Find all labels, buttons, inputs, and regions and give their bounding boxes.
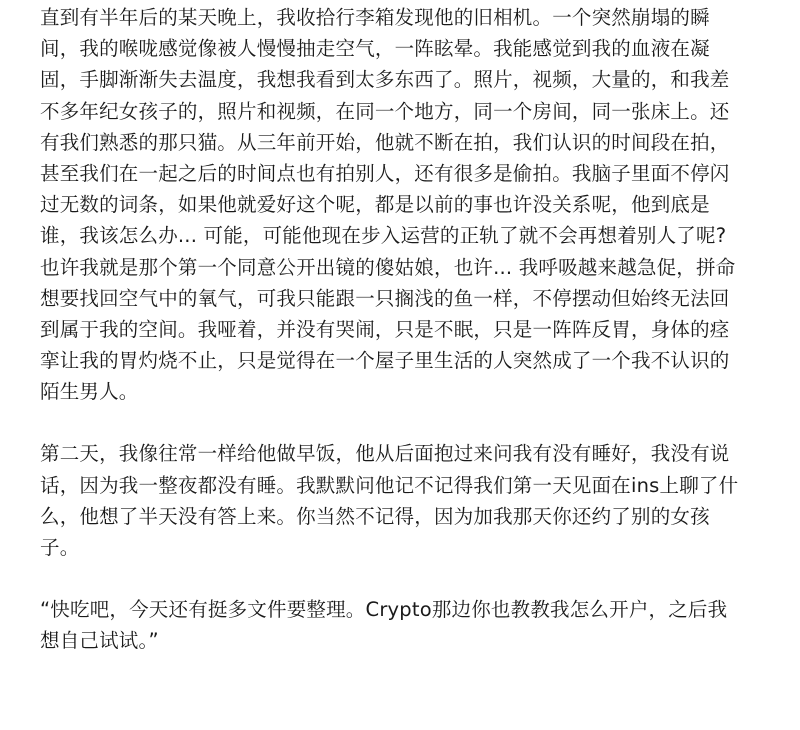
text-line: 挛让我的胃灼烧不止，只是觉得在一个屋子里生活的人突然成了一个我不认识的	[40, 345, 768, 376]
text-line: 么，他想了半天没有答上来。你当然不记得，因为加我那天你还约了别的女孩	[40, 501, 768, 532]
paragraph-3: “快吃吧，今天还有挺多文件要整理。Crypto那边你也教教我怎么开户，之后我 想…	[40, 594, 768, 656]
text-line: 陌生男人。	[40, 376, 768, 407]
text-line: 第二天，我像往常一样给他做早饭，他从后面抱过来问我有没有睡好，我没有说	[40, 438, 768, 469]
paragraph-1: 直到有半年后的某天晚上，我收拾行李箱发现他的旧相机。一个突然崩塌的瞬 间，我的喉…	[40, 0, 768, 407]
paragraph-spacer	[40, 407, 768, 438]
text-line: 到属于我的空间。我哑着，并没有哭闹，只是不眠，只是一阵阵反胃，身体的痉	[40, 314, 768, 345]
text-line: “快吃吧，今天还有挺多文件要整理。Crypto那边你也教教我怎么开户，之后我	[40, 594, 768, 625]
text-line: 有我们熟悉的那只猫。从三年前开始，他就不断在拍，我们认识的时间段在拍，	[40, 127, 768, 158]
text-line: 想要找回空气中的氧气，可我只能跟一只搁浅的鱼一样，不停摆动但始终无法回	[40, 283, 768, 314]
text-line: 间，我的喉咙感觉像被人慢慢抽走空气，一阵眩晕。我能感觉到我的血液在凝	[40, 33, 768, 64]
paragraph-spacer	[40, 563, 768, 594]
text-line: 过无数的词条，如果他就爱好这个呢，都是以前的事也许没关系呢，他到底是	[40, 189, 768, 220]
paragraph-2: 第二天，我像往常一样给他做早饭，他从后面抱过来问我有没有睡好，我没有说 话，因为…	[40, 438, 768, 563]
text-line: 话，因为我一整夜都没有睡。我默默问他记不记得我们第一天见面在ins上聊了什	[40, 470, 768, 501]
article-body: 直到有半年后的某天晚上，我收拾行李箱发现他的旧相机。一个突然崩塌的瞬 间，我的喉…	[40, 0, 768, 657]
text-line: 不多年纪女孩子的，照片和视频，在同一个地方，同一个房间，同一张床上。还	[40, 96, 768, 127]
text-line: 想自己试试。”	[40, 625, 768, 656]
text-line: 谁，我该怎么办... 可能，可能他现在步入运营的正轨了就不会再想着别人了呢?	[40, 220, 768, 251]
text-line: 甚至我们在一起之后的时间点也有拍别人，还有很多是偷拍。我脑子里面不停闪	[40, 158, 768, 189]
text-line: 直到有半年后的某天晚上，我收拾行李箱发现他的旧相机。一个突然崩塌的瞬	[40, 2, 768, 33]
text-line: 固，手脚渐渐失去温度，我想我看到太多东西了。照片，视频，大量的，和我差	[40, 64, 768, 95]
text-line: 也许我就是那个第一个同意公开出镜的傻姑娘，也许... 我呼吸越来越急促，拼命	[40, 252, 768, 283]
text-line: 子。	[40, 532, 768, 563]
